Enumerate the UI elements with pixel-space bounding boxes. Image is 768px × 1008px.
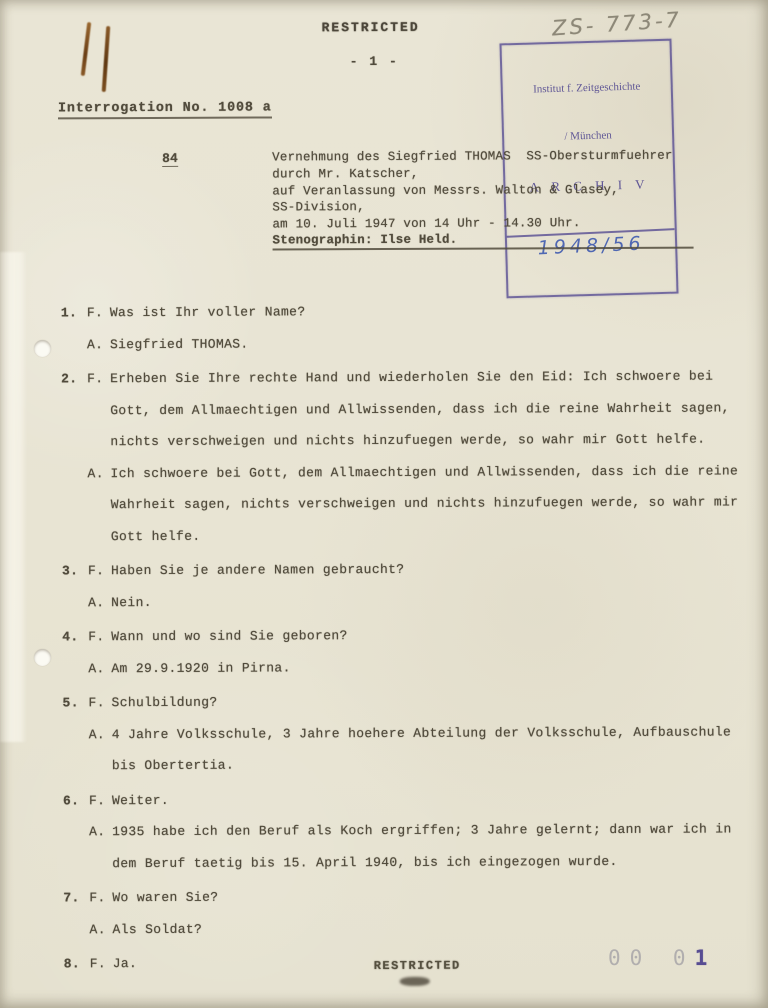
- line-text: Siegfried THOMAS.: [110, 326, 731, 360]
- line-text: Ich schwoere bei Gott, dem Allmaechtigen…: [110, 455, 731, 489]
- typewritten-line: nichts verschweigen und nichts hinzufueg…: [59, 423, 731, 457]
- serial-faint-digits: 00 0: [608, 946, 695, 970]
- ink-smudge: [400, 977, 430, 986]
- typewritten-line: bis Obertertia.: [61, 747, 733, 781]
- stenographer-line: Stenographin: Ilse Held.: [272, 232, 693, 251]
- typewritten-line: 2.F.Erheben Sie Ihre rechte Hand und wie…: [59, 360, 731, 394]
- qa-item: 2.F.Erheben Sie Ihre rechte Hand und wie…: [59, 360, 732, 552]
- line-text: dem Beruf taetig bis 15. April 1940, bis…: [112, 845, 733, 879]
- question-number: 5.: [62, 687, 78, 719]
- qa-item: 3.F.Haben Sie je andere Namen gebraucht?…: [60, 552, 732, 618]
- line-text: Nein.: [111, 584, 732, 618]
- line-text: Gott, dem Allmaechtigen und Allwissenden…: [110, 392, 731, 426]
- question-number: 3.: [62, 555, 78, 587]
- header-line: am 10. Juli 1947 von 14 Uhr - 14.30 Uhr.: [272, 215, 673, 234]
- answer-prefix: A.: [87, 458, 103, 490]
- question-number: 4.: [62, 621, 78, 653]
- typewritten-line: 3.F.Haben Sie je andere Namen gebraucht?: [60, 552, 732, 586]
- question-prefix: F.: [90, 948, 106, 980]
- typewritten-line: 6.F.Weiter.: [61, 782, 733, 816]
- typewritten-line: A.Nein.: [60, 584, 732, 618]
- serial-bold-digit: 1: [695, 946, 717, 970]
- qa-item: 7.F.Wo waren Sie?A.Als Soldat?: [61, 879, 733, 945]
- line-text: Als Soldat?: [112, 911, 733, 945]
- typewritten-line: A.4 Jahre Volksschule, 3 Jahre hoehere A…: [61, 716, 733, 750]
- exhibit-marker: 84: [162, 151, 178, 167]
- header-line: SS-Division,: [272, 198, 673, 217]
- typewritten-line: A.Als Soldat?: [61, 911, 733, 945]
- line-text: 4 Jahre Volksschule, 3 Jahre hoehere Abt…: [112, 716, 733, 750]
- page-number: - 1 -: [350, 54, 399, 69]
- document-title: Interrogation No. 1008 a: [58, 100, 272, 119]
- answer-prefix: A.: [89, 816, 105, 848]
- line-text: Wahrheit sagen, nichts verschweigen und …: [111, 486, 732, 520]
- qa-item: 5.F.Schulbildung?A.4 Jahre Volksschule, …: [60, 684, 732, 781]
- line-text: Schulbildung?: [111, 684, 732, 718]
- line-text: nichts verschweigen und nichts hinzufueg…: [110, 423, 731, 457]
- typewritten-line: A.Am 29.9.1920 in Pirna.: [60, 650, 732, 684]
- serial-number-stamp: 00 01: [608, 946, 716, 970]
- typewritten-line: Gott helfe.: [60, 518, 732, 552]
- interrogation-header-block: Vernehmung des Siegfried THOMAS SS-Obers…: [272, 148, 673, 234]
- question-number: 1.: [61, 297, 77, 329]
- question-number: 6.: [63, 785, 79, 817]
- answer-prefix: A.: [88, 653, 104, 685]
- typewritten-line: A.Siegfried THOMAS.: [59, 326, 731, 360]
- classification-marking-top: RESTRICTED: [322, 20, 420, 35]
- typewritten-line: Wahrheit sagen, nichts verschweigen und …: [60, 486, 732, 520]
- line-text: 1935 habe ich den Beruf als Koch ergriff…: [112, 813, 733, 847]
- qa-transcript: 1.F.Was ist Ihr voller Name?A.Siegfried …: [59, 294, 734, 982]
- typewritten-line: 5.F.Schulbildung?: [60, 684, 732, 718]
- question-prefix: F.: [87, 363, 103, 395]
- answer-prefix: A.: [89, 719, 105, 751]
- header-line: auf Veranlassung von Messrs. Walton & Gl…: [272, 181, 673, 200]
- typewritten-line: A.1935 habe ich den Beruf als Koch ergri…: [61, 813, 733, 847]
- header-line: Vernehmung des Siegfried THOMAS SS-Obers…: [272, 148, 673, 167]
- line-text: bis Obertertia.: [112, 747, 733, 781]
- typewritten-line: dem Beruf taetig bis 15. April 1940, bis…: [61, 845, 733, 879]
- typewritten-line: 7.F.Wo waren Sie?: [61, 879, 733, 913]
- question-number: 7.: [63, 882, 79, 914]
- line-text: Weiter.: [112, 782, 733, 816]
- answer-prefix: A.: [89, 914, 105, 946]
- qa-item: 6.F.Weiter.A.1935 habe ich den Beruf als…: [61, 782, 733, 879]
- line-text: Erheben Sie Ihre rechte Hand und wiederh…: [110, 360, 731, 394]
- question-prefix: F.: [87, 297, 103, 329]
- line-text: Wo waren Sie?: [112, 879, 733, 913]
- question-prefix: F.: [89, 882, 105, 914]
- typewritten-line: 1.F.Was ist Ihr voller Name?: [59, 294, 731, 328]
- line-text: Gott helfe.: [111, 518, 732, 552]
- line-text: Wann und wo sind Sie geboren?: [111, 618, 732, 652]
- question-number: 2.: [61, 363, 77, 395]
- question-number: 8.: [64, 948, 80, 980]
- question-prefix: F.: [88, 555, 104, 587]
- answer-prefix: A.: [88, 587, 104, 619]
- question-prefix: F.: [88, 687, 104, 719]
- qa-item: 1.F.Was ist Ihr voller Name?A.Siegfried …: [59, 294, 731, 360]
- typewritten-line: A.Ich schwoere bei Gott, dem Allmaechtig…: [59, 455, 731, 489]
- question-prefix: F.: [88, 621, 104, 653]
- classification-marking-bottom: RESTRICTED: [374, 959, 461, 973]
- qa-item: 4.F.Wann und wo sind Sie geboren?A.Am 29…: [60, 618, 732, 684]
- typewritten-content: RESTRICTED - 1 - Interrogation No. 1008 …: [0, 0, 768, 1008]
- typewritten-line: 4.F.Wann und wo sind Sie geboren?: [60, 618, 732, 652]
- line-text: Haben Sie je andere Namen gebraucht?: [111, 552, 732, 586]
- typewritten-line: Gott, dem Allmaechtigen und Allwissenden…: [59, 392, 731, 426]
- header-line: durch Mr. Katscher,: [272, 165, 673, 184]
- question-prefix: F.: [89, 785, 105, 817]
- answer-prefix: A.: [87, 329, 103, 361]
- line-text: Was ist Ihr voller Name?: [110, 294, 731, 328]
- line-text: Am 29.9.1920 in Pirna.: [111, 650, 732, 684]
- scanned-document-page: ZS- 773-7 Institut f. Zeitgeschichte / M…: [0, 0, 768, 1008]
